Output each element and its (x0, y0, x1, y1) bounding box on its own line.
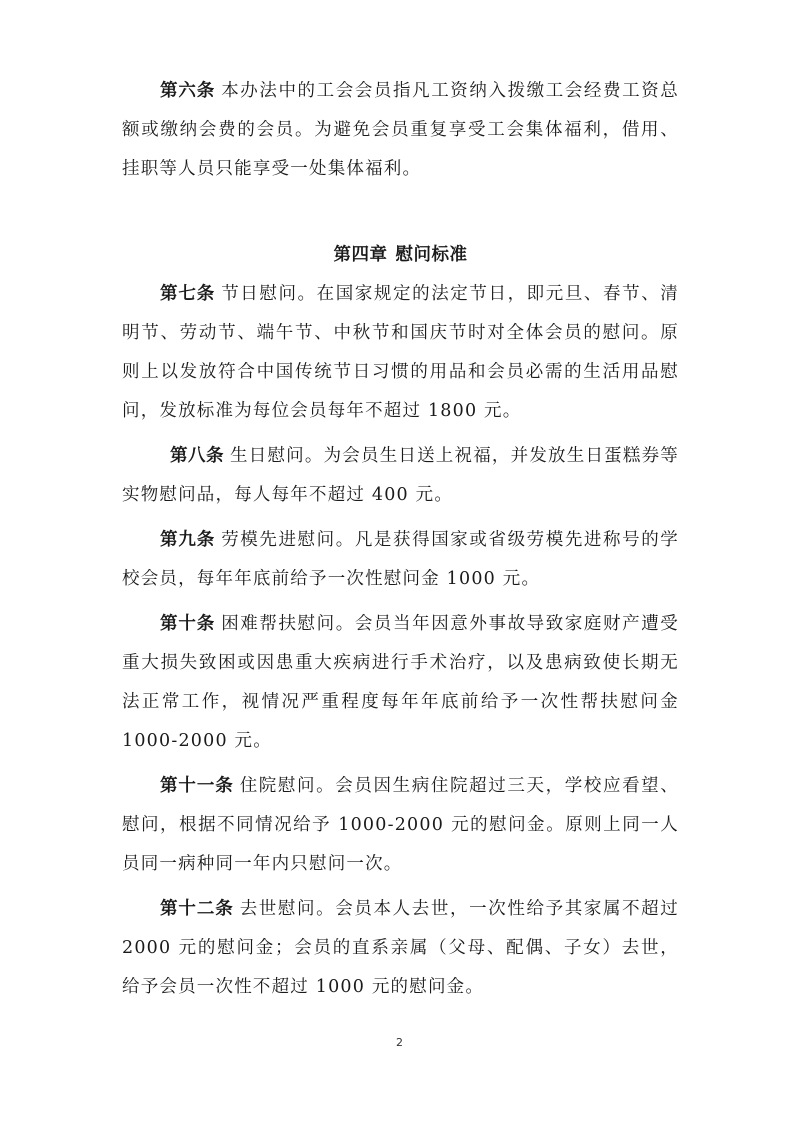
page-number: 2 (0, 1036, 799, 1049)
article-6: 第六条本办法中的工会会员指凡工资纳入拨缴工会经费工资总额或缴纳会费的会员。为避免… (122, 72, 679, 189)
article-label: 第十条 (160, 614, 215, 634)
article-label: 第六条 (160, 81, 215, 101)
article-11: 第十一条住院慰问。会员因生病住院超过三天，学校应看望、慰问，根据不同情况给予 1… (122, 767, 679, 884)
document-page: 第六条本办法中的工会会员指凡工资纳入拨缴工会经费工资总额或缴纳会费的会员。为避免… (122, 72, 679, 1007)
article-10: 第十条困难帮扶慰问。会员当年因意外事故导致家庭财产遭受重大损失致困或因患重大疾病… (122, 605, 679, 761)
article-label: 第八条 (170, 446, 224, 466)
article-7: 第七条节日慰问。在国家规定的法定节日，即元旦、春节、清明节、劳动节、端午节、中秋… (122, 275, 679, 431)
chapter-number: 第四章 (334, 245, 388, 265)
chapter-title: 慰问标准 (396, 245, 468, 265)
article-8: 第八条生日慰问。为会员生日送上祝福，并发放生日蛋糕券等实物慰问品，每人每年不超过… (122, 437, 679, 515)
article-text: 困难帮扶慰问。会员当年因意外事故导致家庭财产遭受重大损失致困或因患重大疾病进行手… (122, 614, 679, 751)
chapter-heading: 第四章慰问标准 (122, 236, 679, 275)
article-9: 第九条劳模先进慰问。凡是获得国家或省级劳模先进称号的学校会员，每年年底前给予一次… (122, 521, 679, 599)
article-label: 第十一条 (160, 776, 234, 796)
article-12: 第十二条去世慰问。会员本人去世，一次性给予其家属不超过 2000 元的慰问金；会… (122, 890, 679, 1007)
article-text: 节日慰问。在国家规定的法定节日，即元旦、春节、清明节、劳动节、端午节、中秋节和国… (122, 284, 679, 421)
article-label: 第十二条 (160, 899, 234, 919)
article-label: 第七条 (160, 284, 215, 304)
article-label: 第九条 (160, 530, 215, 550)
